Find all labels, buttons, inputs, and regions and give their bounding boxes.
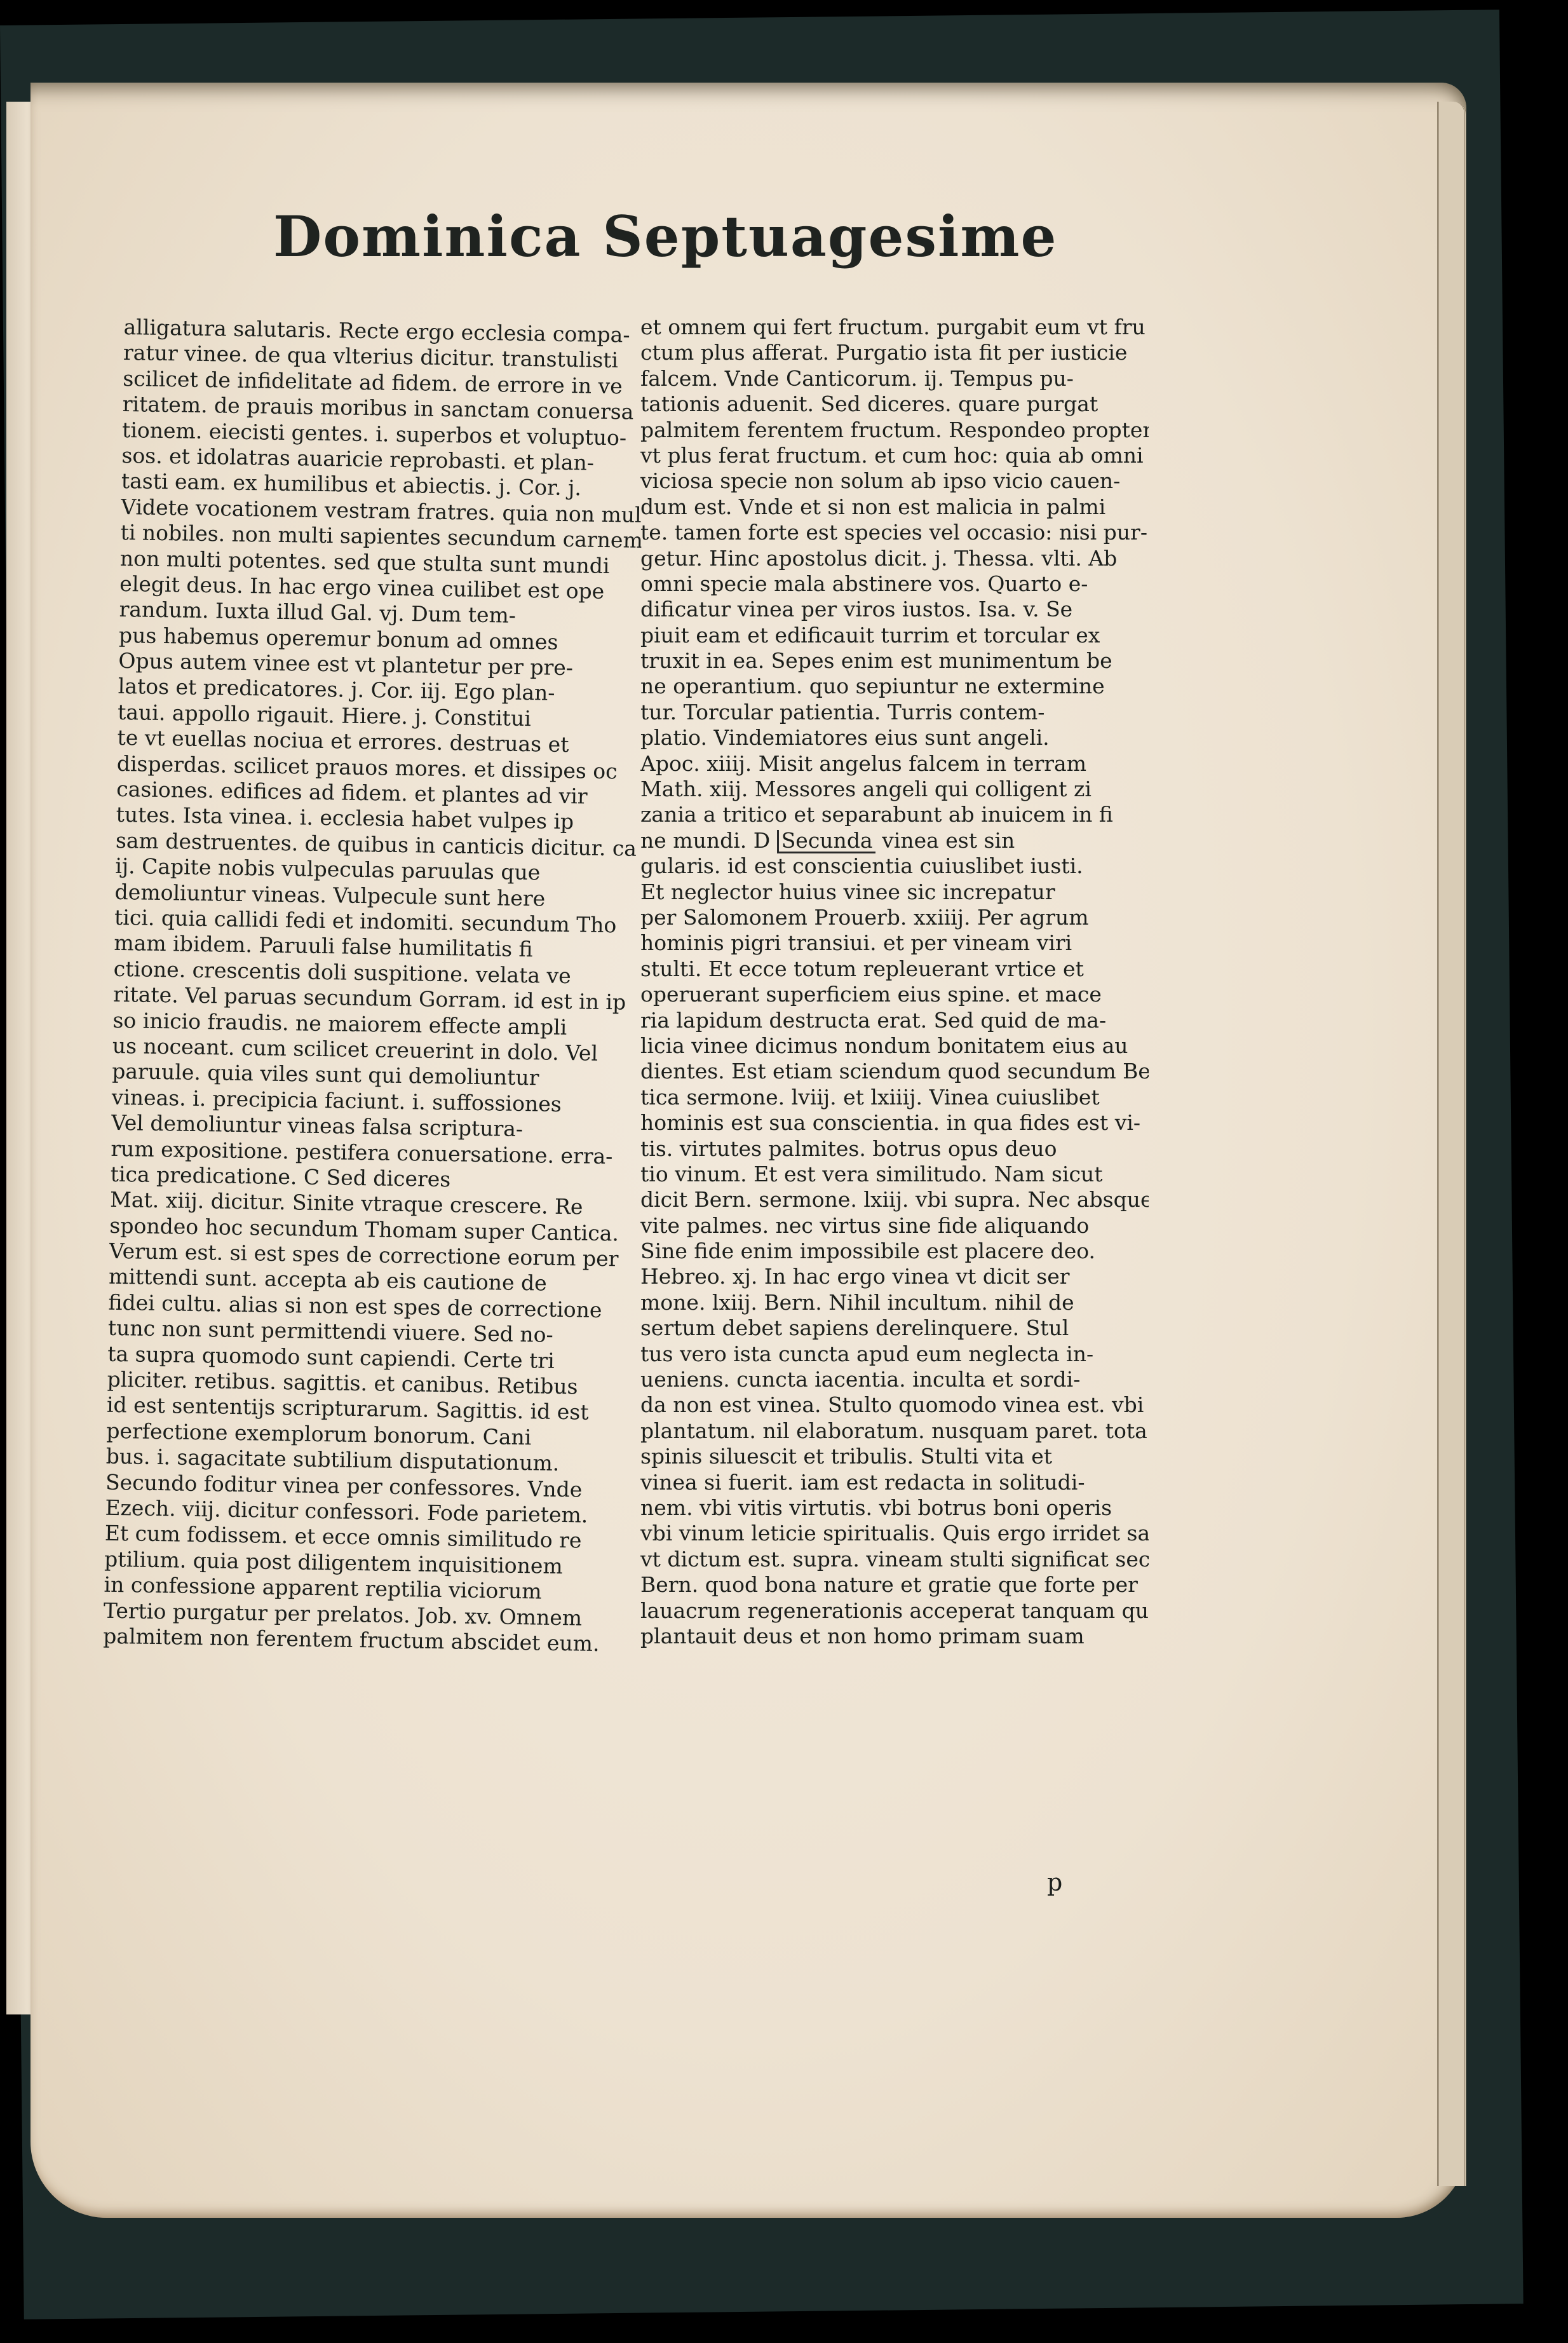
text-line: falcem. Vnde Canticorum. ij. Tempus pu- — [640, 366, 1149, 391]
text-line: spinis siluescit et tribulis. Stulti vit… — [640, 1444, 1149, 1469]
text-line: viciosa specie non solum ab ipso vicio c… — [640, 468, 1149, 494]
text-line: vinea si fuerit. iam est redacta in soli… — [640, 1470, 1149, 1495]
text-line: Hebreo. xj. In hac ergo vinea vt dicit s… — [640, 1264, 1149, 1289]
text-line: hominis est sua conscientia. in qua fide… — [640, 1110, 1149, 1136]
text-line: platio. Vindemiatores eius sunt angeli. — [640, 725, 1149, 750]
text-line: vite palmes. nec virtus sine fide aliqua… — [640, 1213, 1149, 1239]
text-line: hominis pigri transiui. et per vineam vi… — [640, 930, 1149, 956]
text-line: et omnem qui fert fructum. purgabit eum … — [640, 315, 1149, 340]
signature-mark: p — [1047, 1868, 1062, 1896]
text-line: per Salomonem Prouerb. xxiiij. Per agrum — [640, 905, 1149, 930]
text-line: lauacrum regenerationis acceperat tanqua… — [640, 1598, 1149, 1624]
text-line: dum est. Vnde et si non est malicia in p… — [640, 494, 1149, 520]
text-line: zania a tritico et separabunt ab inuicem… — [640, 802, 1149, 827]
running-title: Dominica Septuagesime — [273, 203, 1058, 269]
page-fore-edge — [1437, 102, 1466, 2186]
text-line: operuerant superficiem eius spine. et ma… — [640, 982, 1149, 1007]
text-line: tus vero ista cuncta apud eum neglecta i… — [640, 1341, 1149, 1367]
text-line: sertum debet sapiens derelinquere. Stul — [640, 1315, 1149, 1341]
text-line: Apoc. xiiij. Misit angelus falcem in ter… — [640, 751, 1149, 777]
text-line: palmitem ferentem fructum. Respondeo pro… — [640, 418, 1149, 443]
text-line: nem. vbi vitis virtutis. vbi botrus boni… — [640, 1495, 1149, 1521]
handwritten-annotation-box: Secunda — [777, 830, 875, 853]
text-line: truxit in ea. Sepes enim est munimentum … — [640, 648, 1149, 674]
text-line: ctum plus afferat. Purgatio ista fit per… — [640, 340, 1149, 365]
text-line: tica sermone. lviij. et lxiiij. Vinea cu… — [640, 1085, 1149, 1110]
text-line: Bern. quod bona nature et gratie que for… — [640, 1572, 1149, 1598]
text-line: dientes. Est etiam sciendum quod secundu… — [640, 1059, 1149, 1084]
text-line: omni specie mala abstinere vos. Quarto e… — [640, 571, 1149, 597]
text-line: ne mundi. D Secunda vinea est sin — [640, 828, 1149, 853]
text-line: dicit Bern. sermone. lxiij. vbi supra. N… — [640, 1187, 1149, 1212]
text-line: ria lapidum destructa erat. Sed quid de … — [640, 1008, 1149, 1033]
text-line: tis. virtutes palmites. botrus opus deuo — [640, 1136, 1149, 1162]
text-line: ne operantium. quo sepiuntur ne extermin… — [640, 674, 1149, 699]
text-line: Et neglector huius vinee sic increpatur — [640, 879, 1149, 905]
text-line: dificatur vinea per viros iustos. Isa. v… — [640, 597, 1149, 622]
text-line: plantatum. nil elaboratum. nusquam paret… — [640, 1418, 1149, 1444]
text-line: vbi vinum leticie spiritualis. Quis ergo… — [640, 1521, 1149, 1546]
text-line: Math. xiij. Messores angeli qui colligen… — [640, 777, 1149, 802]
text-line: getur. Hinc apostolus dicit. j. Thessa. … — [640, 546, 1149, 571]
text-line: ueniens. cuncta iacentia. inculta et sor… — [640, 1367, 1149, 1392]
text-line: Sine fide enim impossibile est placere d… — [640, 1239, 1149, 1264]
text-line: tur. Torcular patientia. Turris contem- — [640, 700, 1149, 725]
text-line: te. tamen forte est species vel occasio:… — [640, 520, 1149, 545]
text-line: mone. lxiij. Bern. Nihil incultum. nihil… — [640, 1290, 1149, 1315]
text-line: vt plus ferat fructum. et cum hoc: quia … — [640, 443, 1149, 468]
text-line: tio vinum. Et est vera similitudo. Nam s… — [640, 1162, 1149, 1187]
text-line: da non est vinea. Stulto quomodo vinea e… — [640, 1392, 1149, 1418]
text-line: piuit eam et edificauit turrim et torcul… — [640, 623, 1149, 648]
text-line: tationis aduenit. Sed diceres. quare pur… — [640, 391, 1149, 417]
text-line: gularis. id est conscientia cuiuslibet i… — [640, 853, 1149, 879]
text-line: vt dictum est. supra. vineam stulti sign… — [640, 1547, 1149, 1572]
text-line: plantauit deus et non homo primam suam — [640, 1624, 1149, 1649]
text-column-left: alligatura salutaris. Recte ergo ecclesi… — [103, 315, 645, 1657]
text-line: stulti. Et ecce totum repleuerant vrtice… — [640, 956, 1149, 982]
text-line: licia vinee dicimus nondum bonitatem eiu… — [640, 1033, 1149, 1059]
text-column-right: et omnem qui fert fructum. purgabit eum … — [640, 315, 1149, 1649]
